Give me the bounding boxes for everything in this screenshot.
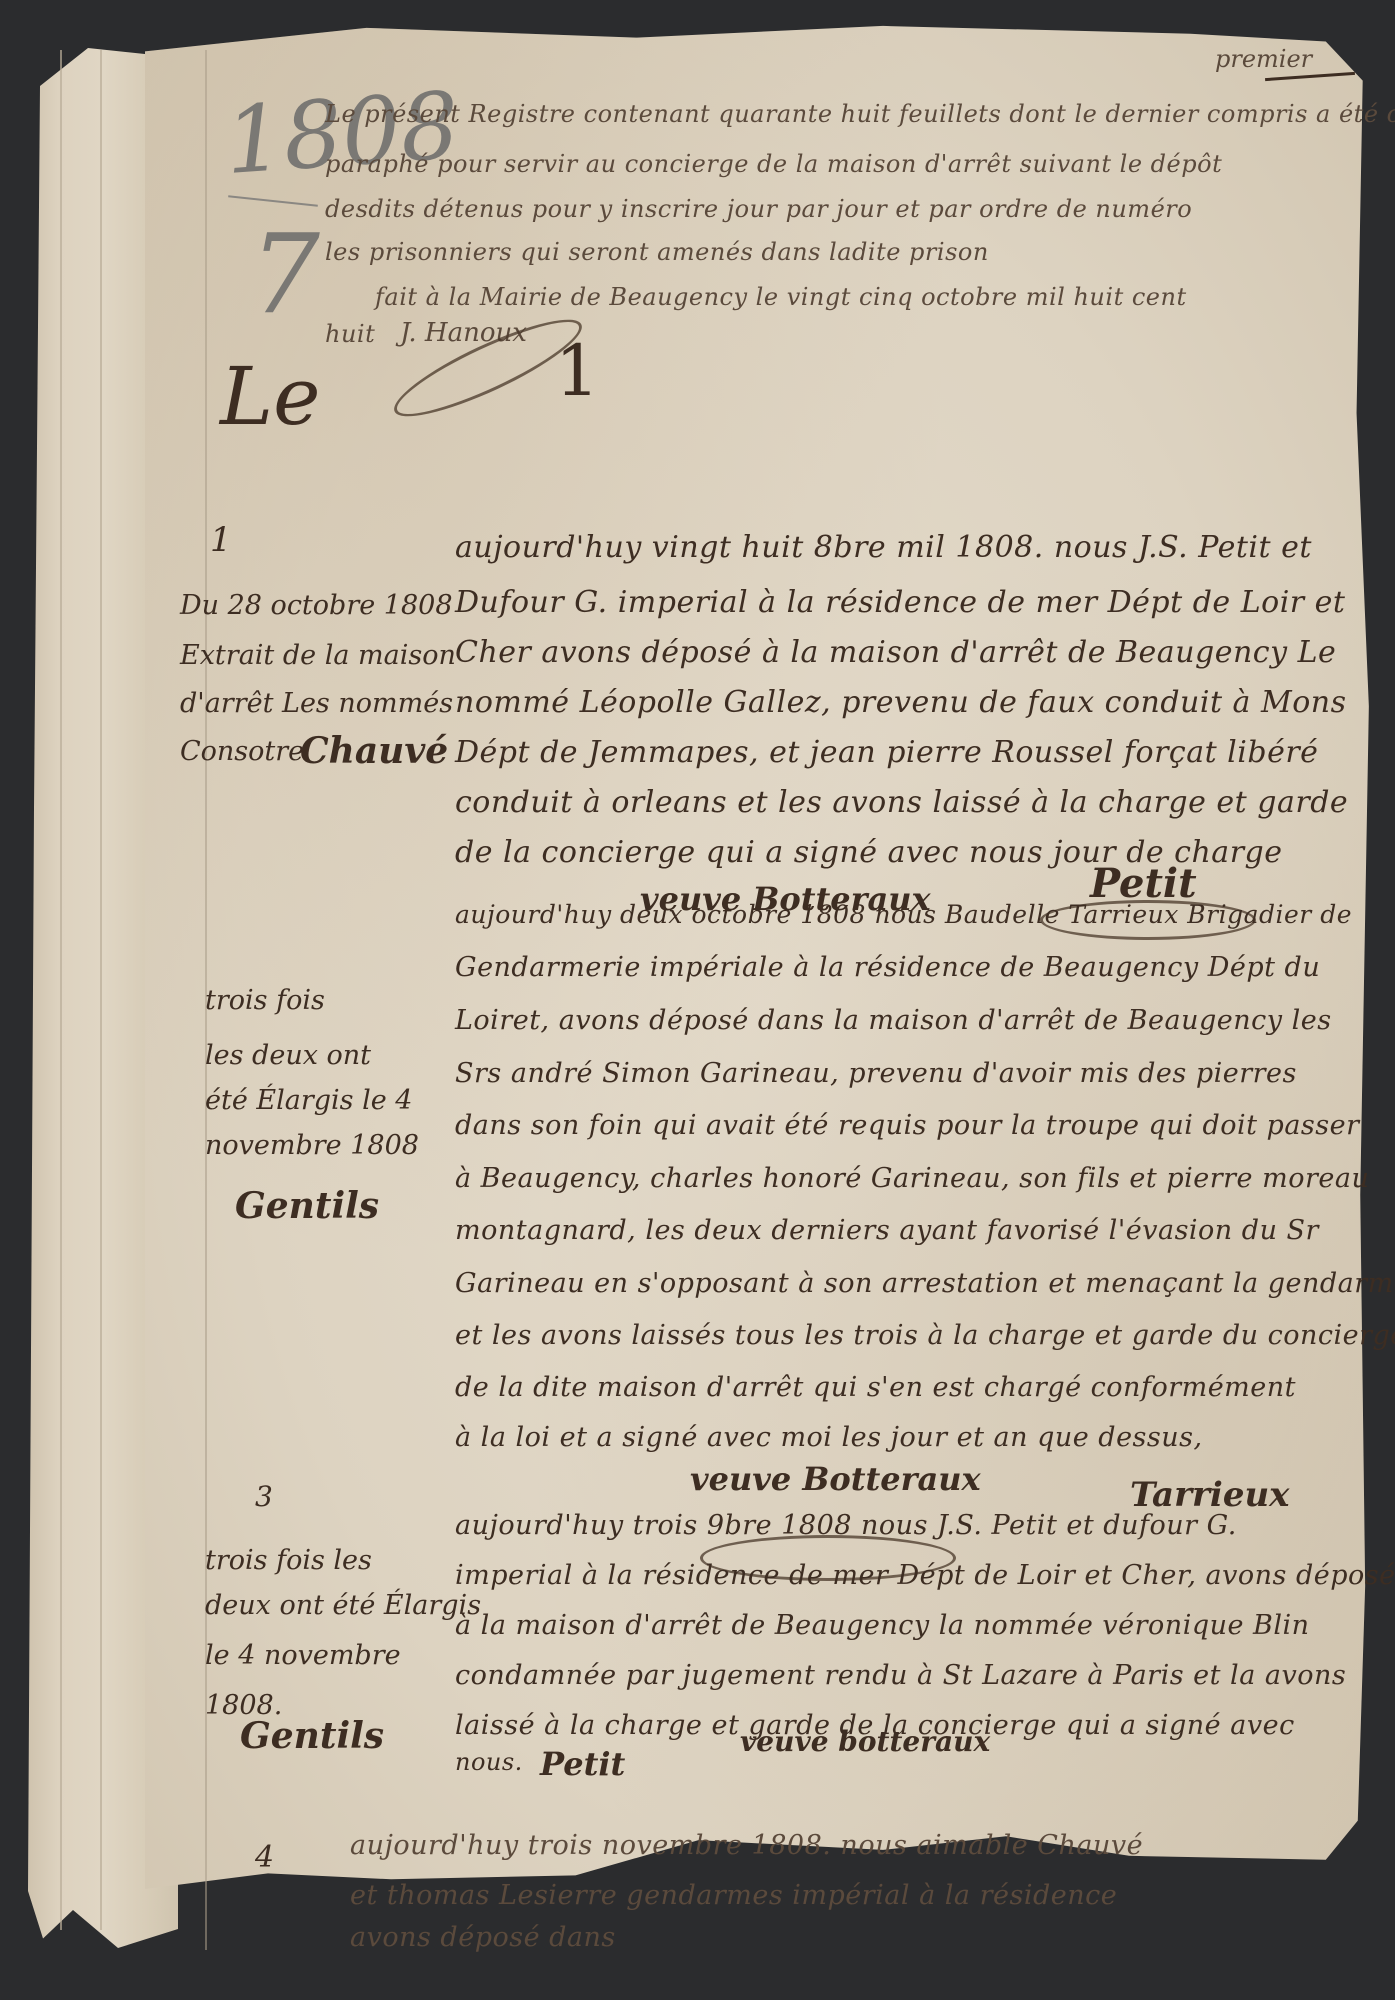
entry-line: et les avons laissés tous les trois à la… bbox=[455, 1320, 1395, 1351]
brigadier-signature: Tarrieux bbox=[1130, 1475, 1289, 1515]
concierge-signature: veuve botteraux bbox=[740, 1725, 990, 1758]
margin-note-line: novembre 1808 bbox=[205, 1130, 419, 1161]
entry-number: 1 bbox=[210, 520, 232, 560]
margin-note-line: Du 28 octobre 1808 bbox=[180, 590, 453, 621]
entry-line: et thomas Lesierre gendarmes impérial à … bbox=[350, 1880, 1117, 1911]
entry-line: à Beaugency, charles honoré Garineau, so… bbox=[455, 1163, 1369, 1194]
margin-note-line: Consotre bbox=[180, 736, 304, 767]
entry-number: 3 bbox=[255, 1480, 273, 1513]
entry-line: aujourd'huy trois 9bre 1808 nous J.S. Pe… bbox=[455, 1510, 1237, 1541]
entry-line: aujourd'huy vingt huit 8bre mil 1808. no… bbox=[455, 530, 1312, 565]
preamble-line: paraphé pour servir au concierge de la m… bbox=[325, 150, 1222, 178]
entry-line: de la dite maison d'arrêt qui s'en est c… bbox=[455, 1372, 1296, 1403]
entry-line: à la maison d'arrêt de Beaugency la nomm… bbox=[455, 1610, 1310, 1641]
pencil-number: 7 bbox=[250, 210, 320, 338]
margin-signature: Gentils bbox=[235, 1185, 379, 1227]
entry-line: Dépt de Jemmapes, et jean pierre Roussel… bbox=[455, 735, 1318, 770]
folio-mark: premier bbox=[1215, 45, 1312, 73]
margin-signature: Chauvé bbox=[300, 730, 448, 772]
entry-line: montagnard, les deux derniers ayant favo… bbox=[455, 1215, 1319, 1246]
entry-line: conduit à orleans et les avons laissé à … bbox=[455, 785, 1348, 820]
entry-line: à la loi et a signé avec moi les jour et… bbox=[455, 1422, 1203, 1453]
entry-line: aujourd'huy deux octobre 1808 nous Baude… bbox=[455, 900, 1352, 929]
entry-line: condamnée par jugement rendu à St Lazare… bbox=[455, 1660, 1346, 1691]
margin-note-line: les deux ont bbox=[205, 1040, 371, 1071]
entry-line: avons déposé dans bbox=[350, 1922, 616, 1953]
gendarme-signature: Petit bbox=[540, 1745, 625, 1783]
entry-line: nommé Léopolle Gallez, prevenu de faux c… bbox=[455, 685, 1346, 720]
preamble-line: fait à la Mairie de Beaugency le vingt c… bbox=[375, 283, 1187, 311]
entry-line: Gendarmerie impériale à la résidence de … bbox=[455, 952, 1320, 983]
preamble-line: les prisonniers qui seront amenés dans l… bbox=[325, 238, 989, 266]
entry-line: nous. bbox=[455, 1748, 523, 1776]
margin-note-line: trois fois bbox=[205, 985, 325, 1016]
spine-fold-line bbox=[60, 50, 62, 1930]
entry-line: Cher avons déposé à la maison d'arrêt de… bbox=[455, 635, 1336, 670]
margin-signature: Gentils bbox=[240, 1715, 384, 1757]
spine-fold-line bbox=[100, 50, 102, 1930]
margin-note-line: deux ont été Élargis bbox=[205, 1590, 481, 1621]
entry-number: 4 bbox=[255, 1840, 274, 1875]
preamble-line: huit bbox=[325, 320, 375, 348]
preamble-line: desdits détenus pour y inscrire jour par… bbox=[325, 195, 1192, 223]
margin-note-line: été Élargis le 4 bbox=[205, 1085, 412, 1116]
entry-line: Garineau en s'opposant à son arrestation… bbox=[455, 1268, 1395, 1299]
entry-line: dans son foin qui avait été requis pour … bbox=[455, 1110, 1360, 1141]
entry-line: aujourd'huy trois novembre 1808. nous ai… bbox=[350, 1830, 1143, 1861]
entry-line: Dufour G. imperial à la résidence de mer… bbox=[455, 585, 1346, 620]
margin-note-line: le 4 novembre bbox=[205, 1640, 401, 1671]
entry-line: imperial à la résidence de mer Dépt de L… bbox=[455, 1560, 1395, 1591]
entry-line: Srs andré Simon Garineau, prevenu d'avoi… bbox=[455, 1058, 1297, 1089]
paraph-initial: Le bbox=[220, 350, 320, 443]
margin-note-line: Extrait de la maison bbox=[180, 640, 456, 671]
entry-line: Loiret, avons déposé dans la maison d'ar… bbox=[455, 1005, 1332, 1036]
preamble-line: Le présent Registre contenant quarante h… bbox=[325, 100, 1395, 128]
margin-note-line: trois fois les bbox=[205, 1545, 372, 1576]
margin-note-line: d'arrêt Les nommés bbox=[180, 688, 453, 719]
concierge-signature: veuve Botteraux bbox=[690, 1460, 981, 1498]
